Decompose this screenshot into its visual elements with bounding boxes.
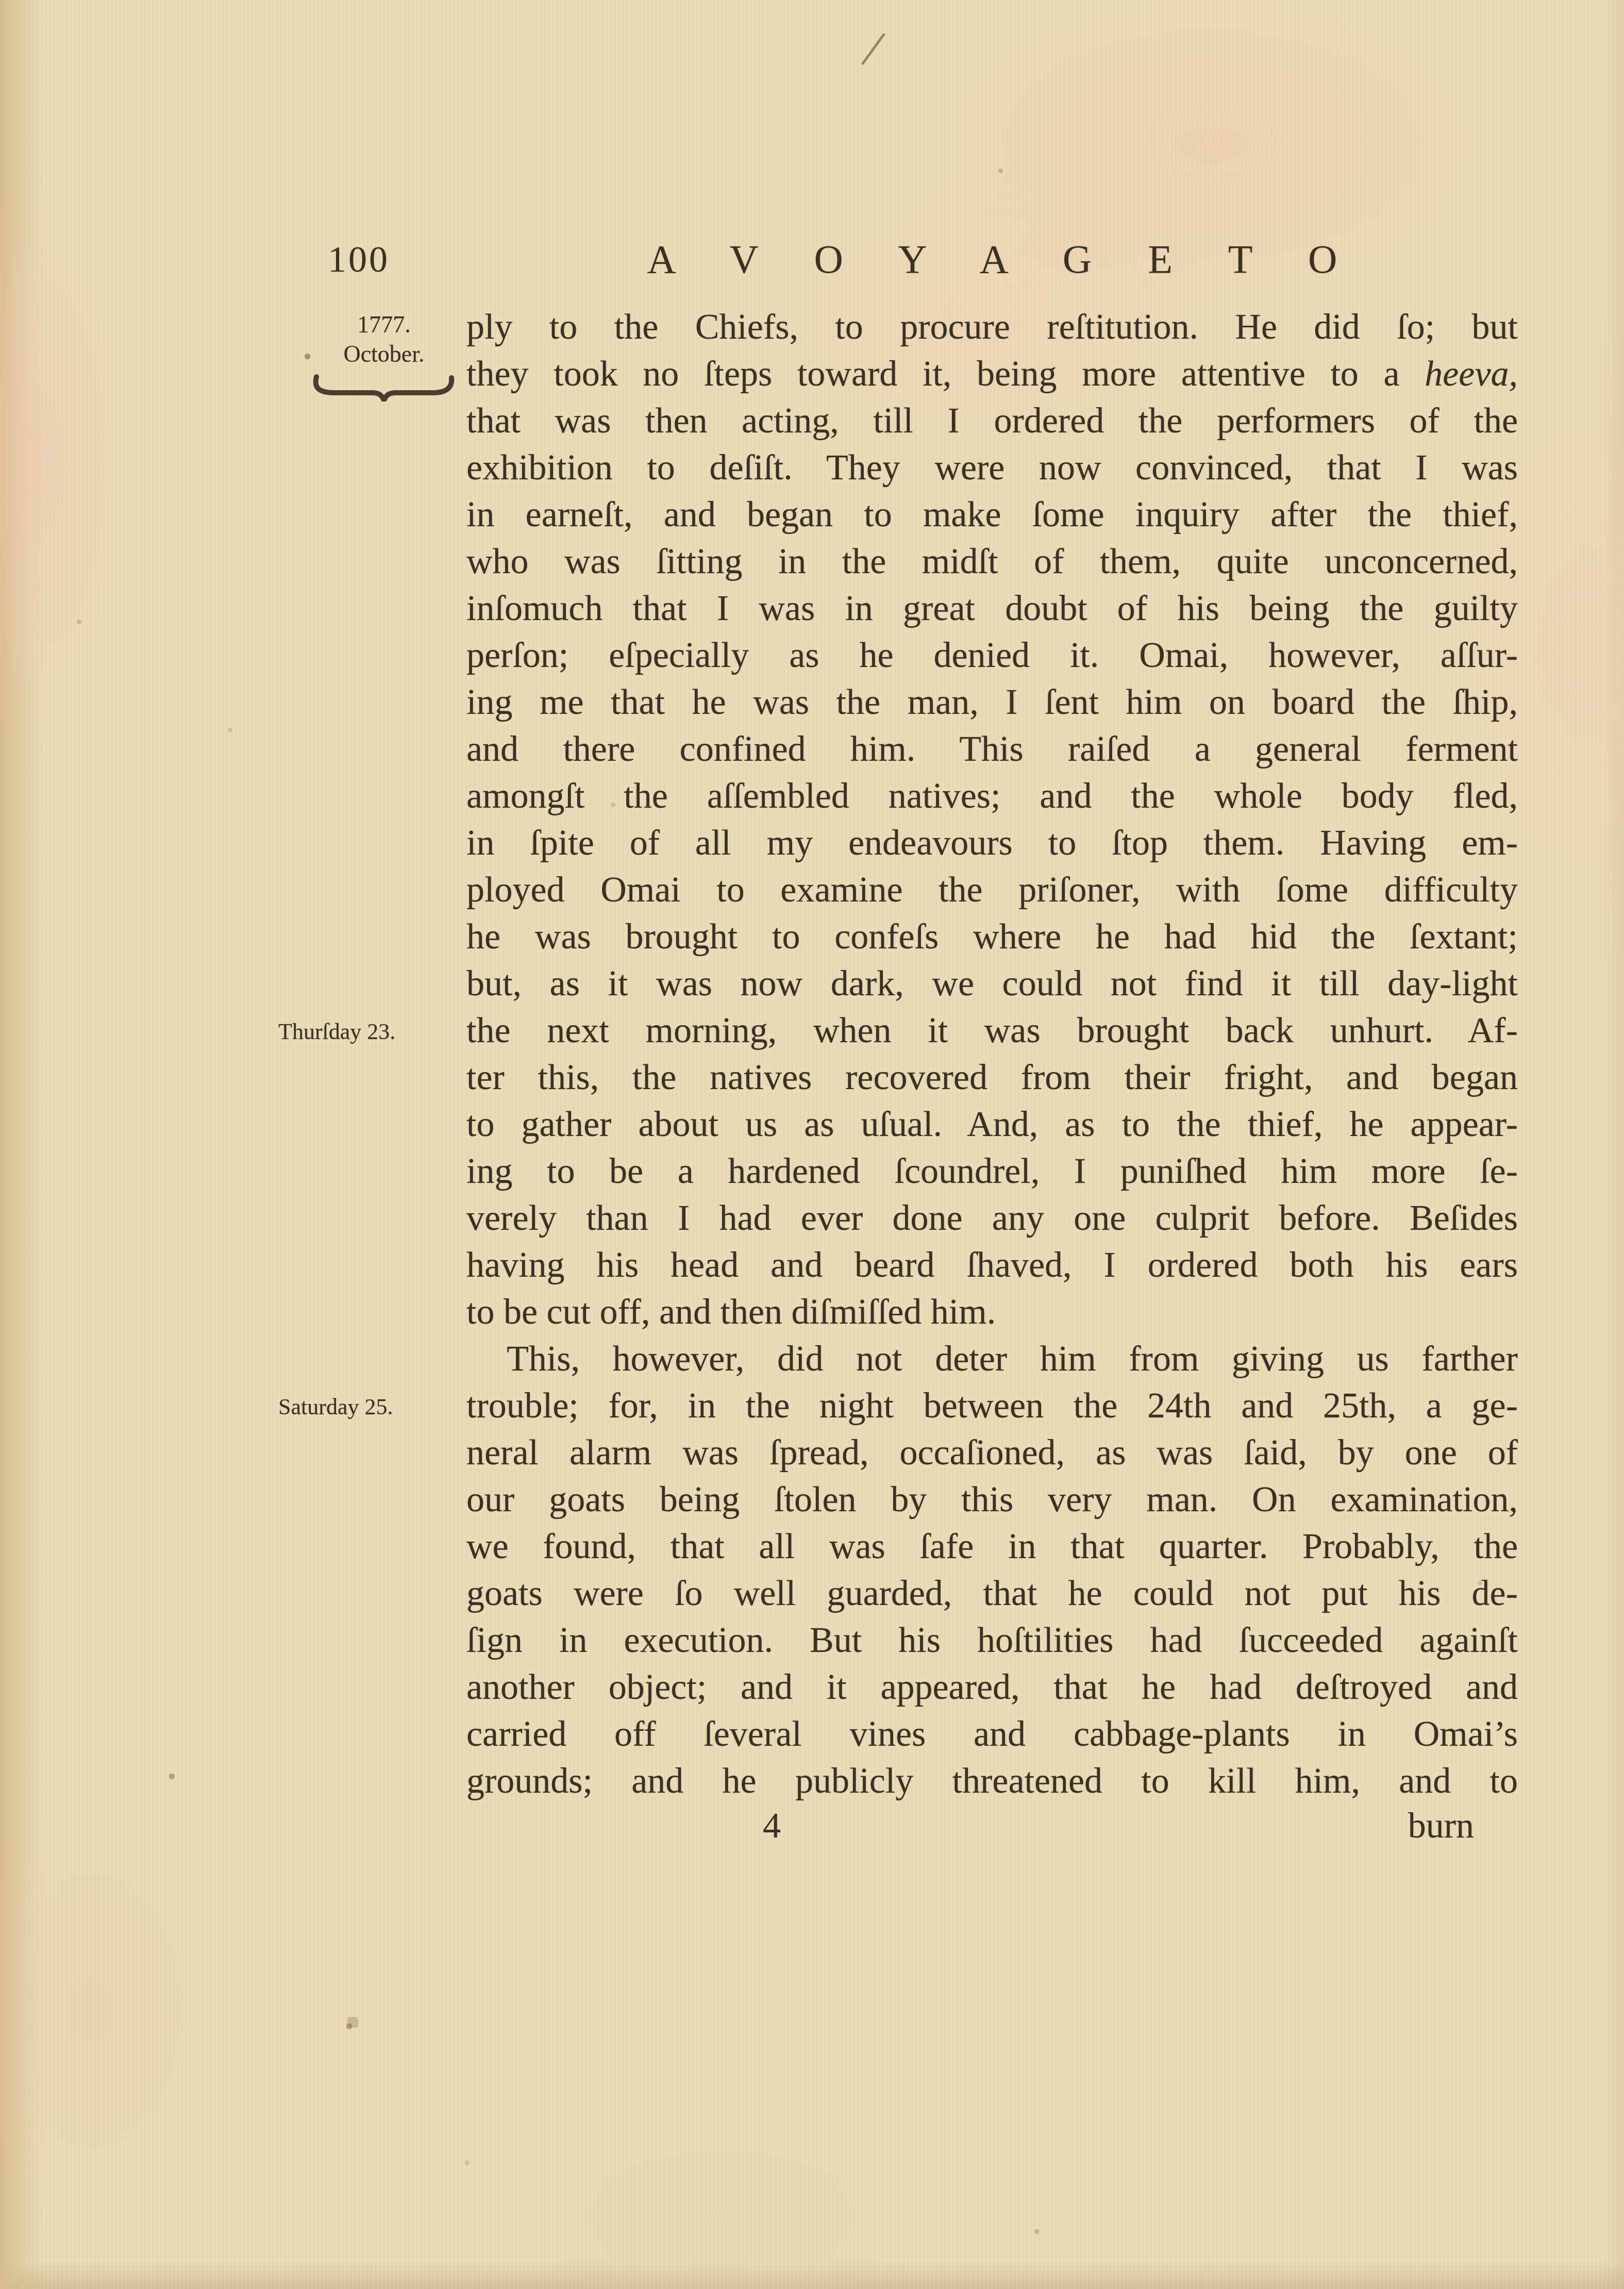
text-segment: goats were ſo well guarded, that he coul… [466, 1574, 1518, 1613]
text-line: ing to be a hardened ſcoundrel, I puniſh… [466, 1148, 1518, 1195]
text-line: exhibition to deſiſt. They were now conv… [466, 444, 1518, 491]
margin-date-note: 1777.October. [309, 310, 459, 402]
page-number: 100 [328, 238, 390, 281]
text-segment: they took no ſteps toward it, being more… [466, 354, 1425, 394]
text-line: he was brought to confeſs where he had h… [466, 913, 1518, 960]
text-segment: another object; and it appeared, that he… [466, 1667, 1518, 1707]
signature-mark: 4 [763, 1802, 781, 1849]
body-text: ply to the Chiefs, to procure reſtitutio… [466, 304, 1518, 1805]
text-segment: and there confined him. This raiſed a ge… [466, 729, 1518, 769]
text-line: the next morning, when it was brought ba… [466, 1007, 1518, 1054]
text-segment: ter this, the natives recovered from the… [466, 1058, 1518, 1097]
text-line: grounds; and he publicly threatened to k… [466, 1758, 1518, 1805]
text-line: we found, that all was ſafe in that quar… [466, 1523, 1518, 1570]
text-line: perſon; eſpecially as he denied it. Omai… [466, 632, 1518, 679]
text-segment: he was brought to confeſs where he had h… [466, 917, 1518, 957]
text-segment: ing to be a hardened ſcoundrel, I puniſh… [466, 1151, 1518, 1191]
text-line: trouble; for, in the night between the 2… [466, 1382, 1518, 1429]
book-page: 100 A V O Y A G E T O 1777.October.Thurſ… [0, 0, 1624, 2289]
running-title: A V O Y A G E T O [466, 236, 1518, 282]
text-line: and there confined him. This raiſed a ge… [466, 726, 1518, 773]
text-segment: ſign in execution. But his hoſtilities h… [466, 1620, 1518, 1660]
text-line: goats were ſo well guarded, that he coul… [466, 1570, 1518, 1617]
text-line: ing me that he was the man, I ſent him o… [466, 679, 1518, 726]
text-line: ſign in execution. But his hoſtilities h… [466, 1617, 1518, 1664]
text-segment: ployed Omai to examine the priſoner, wit… [466, 870, 1518, 910]
text-line: This, however, did not deter him from gi… [466, 1335, 1518, 1382]
italic-word: heeva, [1425, 354, 1518, 394]
text-line: they took no ſteps toward it, being more… [466, 350, 1518, 397]
text-segment: in ſpite of all my endeavours to ſtop th… [466, 823, 1518, 863]
text-line: to gather about us as uſual. And, as to … [466, 1101, 1518, 1148]
text-line: ter this, the natives recovered from the… [466, 1054, 1518, 1101]
margin-month: October. [309, 339, 459, 369]
text-segment: we found, that all was ſafe in that quar… [466, 1527, 1518, 1566]
text-segment: amongſt the aſſembled natives; and the w… [466, 776, 1518, 816]
text-line: in earneſt, and began to make ſome inqui… [466, 491, 1518, 538]
text-segment: having his head and beard ſhaved, I orde… [466, 1245, 1518, 1285]
paper-specks [0, 0, 2, 2]
text-line: to be cut off, and then diſmiſſed him. [466, 1289, 1518, 1335]
text-line: but, as it was now dark, we could not fi… [466, 960, 1518, 1007]
signature-row: 4 burn [466, 1802, 1518, 1849]
text-segment: neral alarm was ſpread, occaſioned, as w… [466, 1433, 1518, 1473]
text-line: inſomuch that I was in great doubt of hi… [466, 585, 1518, 632]
text-segment: but, as it was now dark, we could not fi… [466, 964, 1518, 1004]
text-segment: This, however, did not deter him from gi… [507, 1339, 1518, 1379]
text-segment: exhibition to deſiſt. They were now conv… [466, 448, 1518, 488]
text-segment: to be cut off, and then diſmiſſed him. [466, 1292, 996, 1332]
text-line: amongſt the aſſembled natives; and the w… [466, 773, 1518, 820]
text-segment: trouble; for, in the night between the 2… [466, 1386, 1518, 1426]
catchword: burn [1408, 1802, 1474, 1849]
text-line: neral alarm was ſpread, occaſioned, as w… [466, 1429, 1518, 1476]
text-line: our goats being ſtolen by this very man.… [466, 1476, 1518, 1523]
scratch-mark [861, 33, 886, 65]
margin-day-note: Thurſday 23. [278, 1018, 448, 1045]
text-segment: verely than I had ever done any one culp… [466, 1198, 1518, 1238]
text-line: that was then acting, till I ordered the… [466, 397, 1518, 444]
text-line: who was ſitting in the midſt of them, qu… [466, 538, 1518, 585]
text-segment: to gather about us as uſual. And, as to … [466, 1105, 1518, 1144]
text-line: verely than I had ever done any one culp… [466, 1195, 1518, 1242]
text-segment: grounds; and he publicly threatened to k… [466, 1761, 1518, 1801]
text-line: ployed Omai to examine the priſoner, wit… [466, 866, 1518, 913]
margin-year: 1777. [309, 310, 459, 339]
text-segment: the next morning, when it was brought ba… [466, 1011, 1518, 1050]
text-segment: ply to the Chiefs, to procure reſtitutio… [466, 307, 1518, 347]
text-segment: perſon; eſpecially as he denied it. Omai… [466, 636, 1518, 675]
margin-day-note: Saturday 25. [278, 1394, 448, 1421]
text-segment: who was ſitting in the midſt of them, qu… [466, 542, 1518, 581]
text-segment: our goats being ſtolen by this very man.… [466, 1480, 1518, 1519]
brace-ornament [311, 372, 457, 402]
text-line: ply to the Chiefs, to procure reſtitutio… [466, 304, 1518, 350]
text-segment: carried off ſeveral vines and cabbage-pl… [466, 1714, 1518, 1754]
text-segment: that was then acting, till I ordered the… [466, 401, 1518, 441]
text-segment: in earneſt, and began to make ſome inqui… [466, 495, 1518, 534]
text-segment: inſomuch that I was in great doubt of hi… [466, 589, 1518, 628]
text-segment: ing me that he was the man, I ſent him o… [466, 682, 1518, 722]
text-line: carried off ſeveral vines and cabbage-pl… [466, 1711, 1518, 1758]
text-line: another object; and it appeared, that he… [466, 1664, 1518, 1711]
text-line: having his head and beard ſhaved, I orde… [466, 1242, 1518, 1289]
text-line: in ſpite of all my endeavours to ſtop th… [466, 820, 1518, 866]
